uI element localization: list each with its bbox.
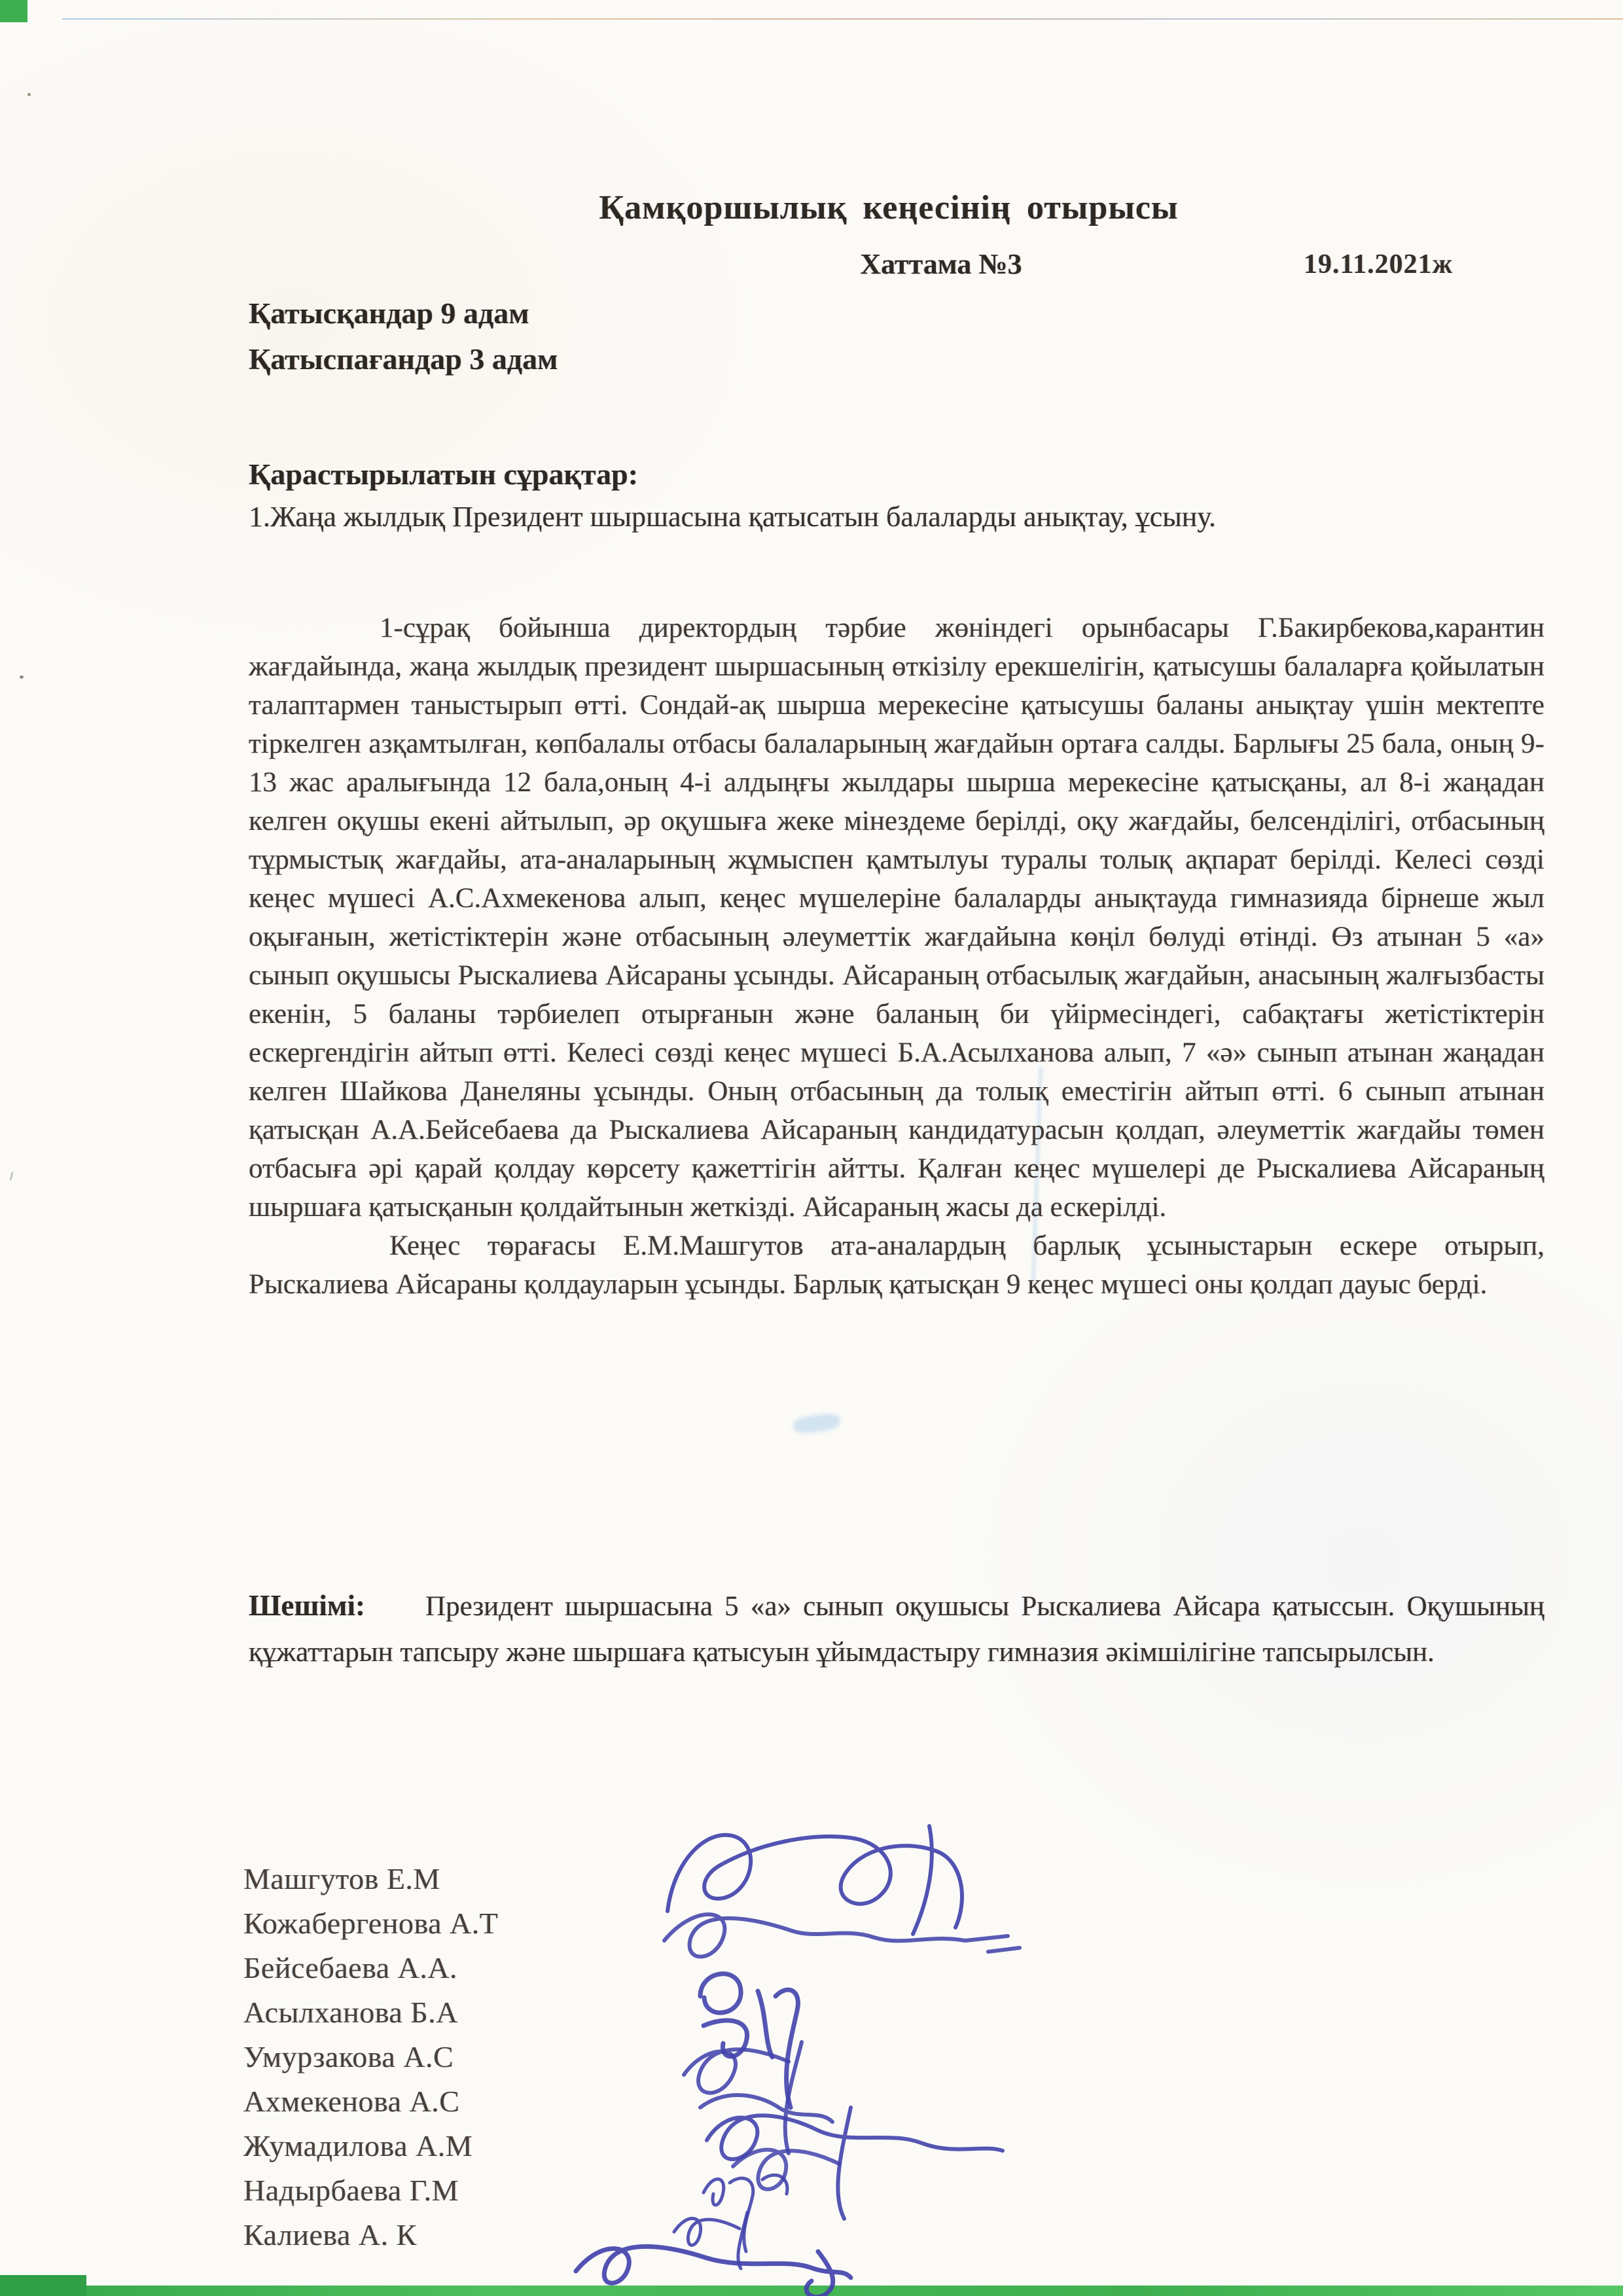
body-paragraph-2: Кеңес төрағасы Е.М.Машгутов ата-аналарды… (249, 1227, 1544, 1304)
decision-label: Шешімі: (249, 1589, 365, 1622)
signature-kalieva-icon (576, 2246, 851, 2296)
dust-speck (9, 1172, 13, 1181)
decision-paragraph: Шешімі:Президент шыршасына 5 «а» сынып о… (249, 1583, 1544, 1676)
signatory-name: Жумадилова А.М (243, 2128, 473, 2163)
protocol-row: Хаттама №3 19.11.2021ж (249, 247, 1544, 293)
absent-count: Қатыспағандар 3 адам (249, 342, 558, 376)
signatory-name: Кожабергенова А.Т (243, 1906, 498, 1941)
scan-corner-artifact-top-left (0, 0, 27, 22)
signatory-row: Умурзакова А.С (243, 2034, 498, 2079)
signatory-name: Асылханова Б.А (243, 1995, 458, 2030)
scanner-edge-line (62, 18, 1623, 20)
signatory-row: Кожабергенова А.Т (243, 1901, 498, 1945)
body-text: 1-сұрақ бойынша директордың тәрбие жөнін… (249, 609, 1544, 1304)
ink-smudge-artifact (793, 1412, 842, 1435)
signatory-row: Надырбаева Г.М (243, 2168, 498, 2212)
signatory-row: Асылханова Б.А (243, 1990, 498, 2034)
signatories-list: Машгутов Е.М Кожабергенова А.Т Бейсебаев… (243, 1856, 498, 2257)
signature-beisebaeva-icon (700, 1974, 798, 2108)
document-date: 19.11.2021ж (1304, 249, 1453, 280)
attended-count: Қатысқандар 9 адам (249, 296, 529, 331)
dust-speck (27, 93, 31, 96)
signatory-row: Калиева А. К (243, 2212, 498, 2257)
signatory-name: Умурзакова А.С (243, 2039, 454, 2074)
signatory-name: Машгутов Е.М (243, 1861, 440, 1896)
signature-kozhabergenova-icon (664, 1914, 1020, 1957)
scan-corner-artifact-bottom-left (0, 2275, 86, 2296)
signature-mashgutov-icon (668, 1826, 962, 1934)
signatory-name: Бейсебаева А.А. (243, 1950, 457, 1985)
dust-speck (20, 675, 24, 679)
signatory-name: Надырбаева Г.М (243, 2173, 459, 2208)
page-title: Қамқоршылық кеңесінің отырысы (241, 188, 1537, 227)
handwritten-signatures (537, 1800, 1080, 2296)
signatory-row: Машгутов Е.М (243, 1856, 498, 1901)
signatory-name: Калиева А. К (243, 2217, 417, 2252)
signatory-row: Бейсебаева А.А. (243, 1945, 498, 1990)
scanned-protocol-document: Қамқоршылық кеңесінің отырысы Хаттама №3… (0, 0, 1623, 2296)
signatory-row: Ахмекенова А.С (243, 2079, 498, 2123)
agenda-heading: Қарастырылатын сұрақтар: (249, 457, 638, 492)
body-paragraph-1: 1-сұрақ бойынша директордың тәрбие жөнін… (249, 609, 1544, 1227)
signatory-name: Ахмекенова А.С (243, 2084, 459, 2119)
signatory-row: Жумадилова А.М (243, 2123, 498, 2168)
agenda-item-1: 1.Жаңа жылдық Президент шыршасына қатыса… (249, 500, 1551, 533)
decision-text: Президент шыршасына 5 «а» сынып оқушысы … (249, 1591, 1544, 1668)
